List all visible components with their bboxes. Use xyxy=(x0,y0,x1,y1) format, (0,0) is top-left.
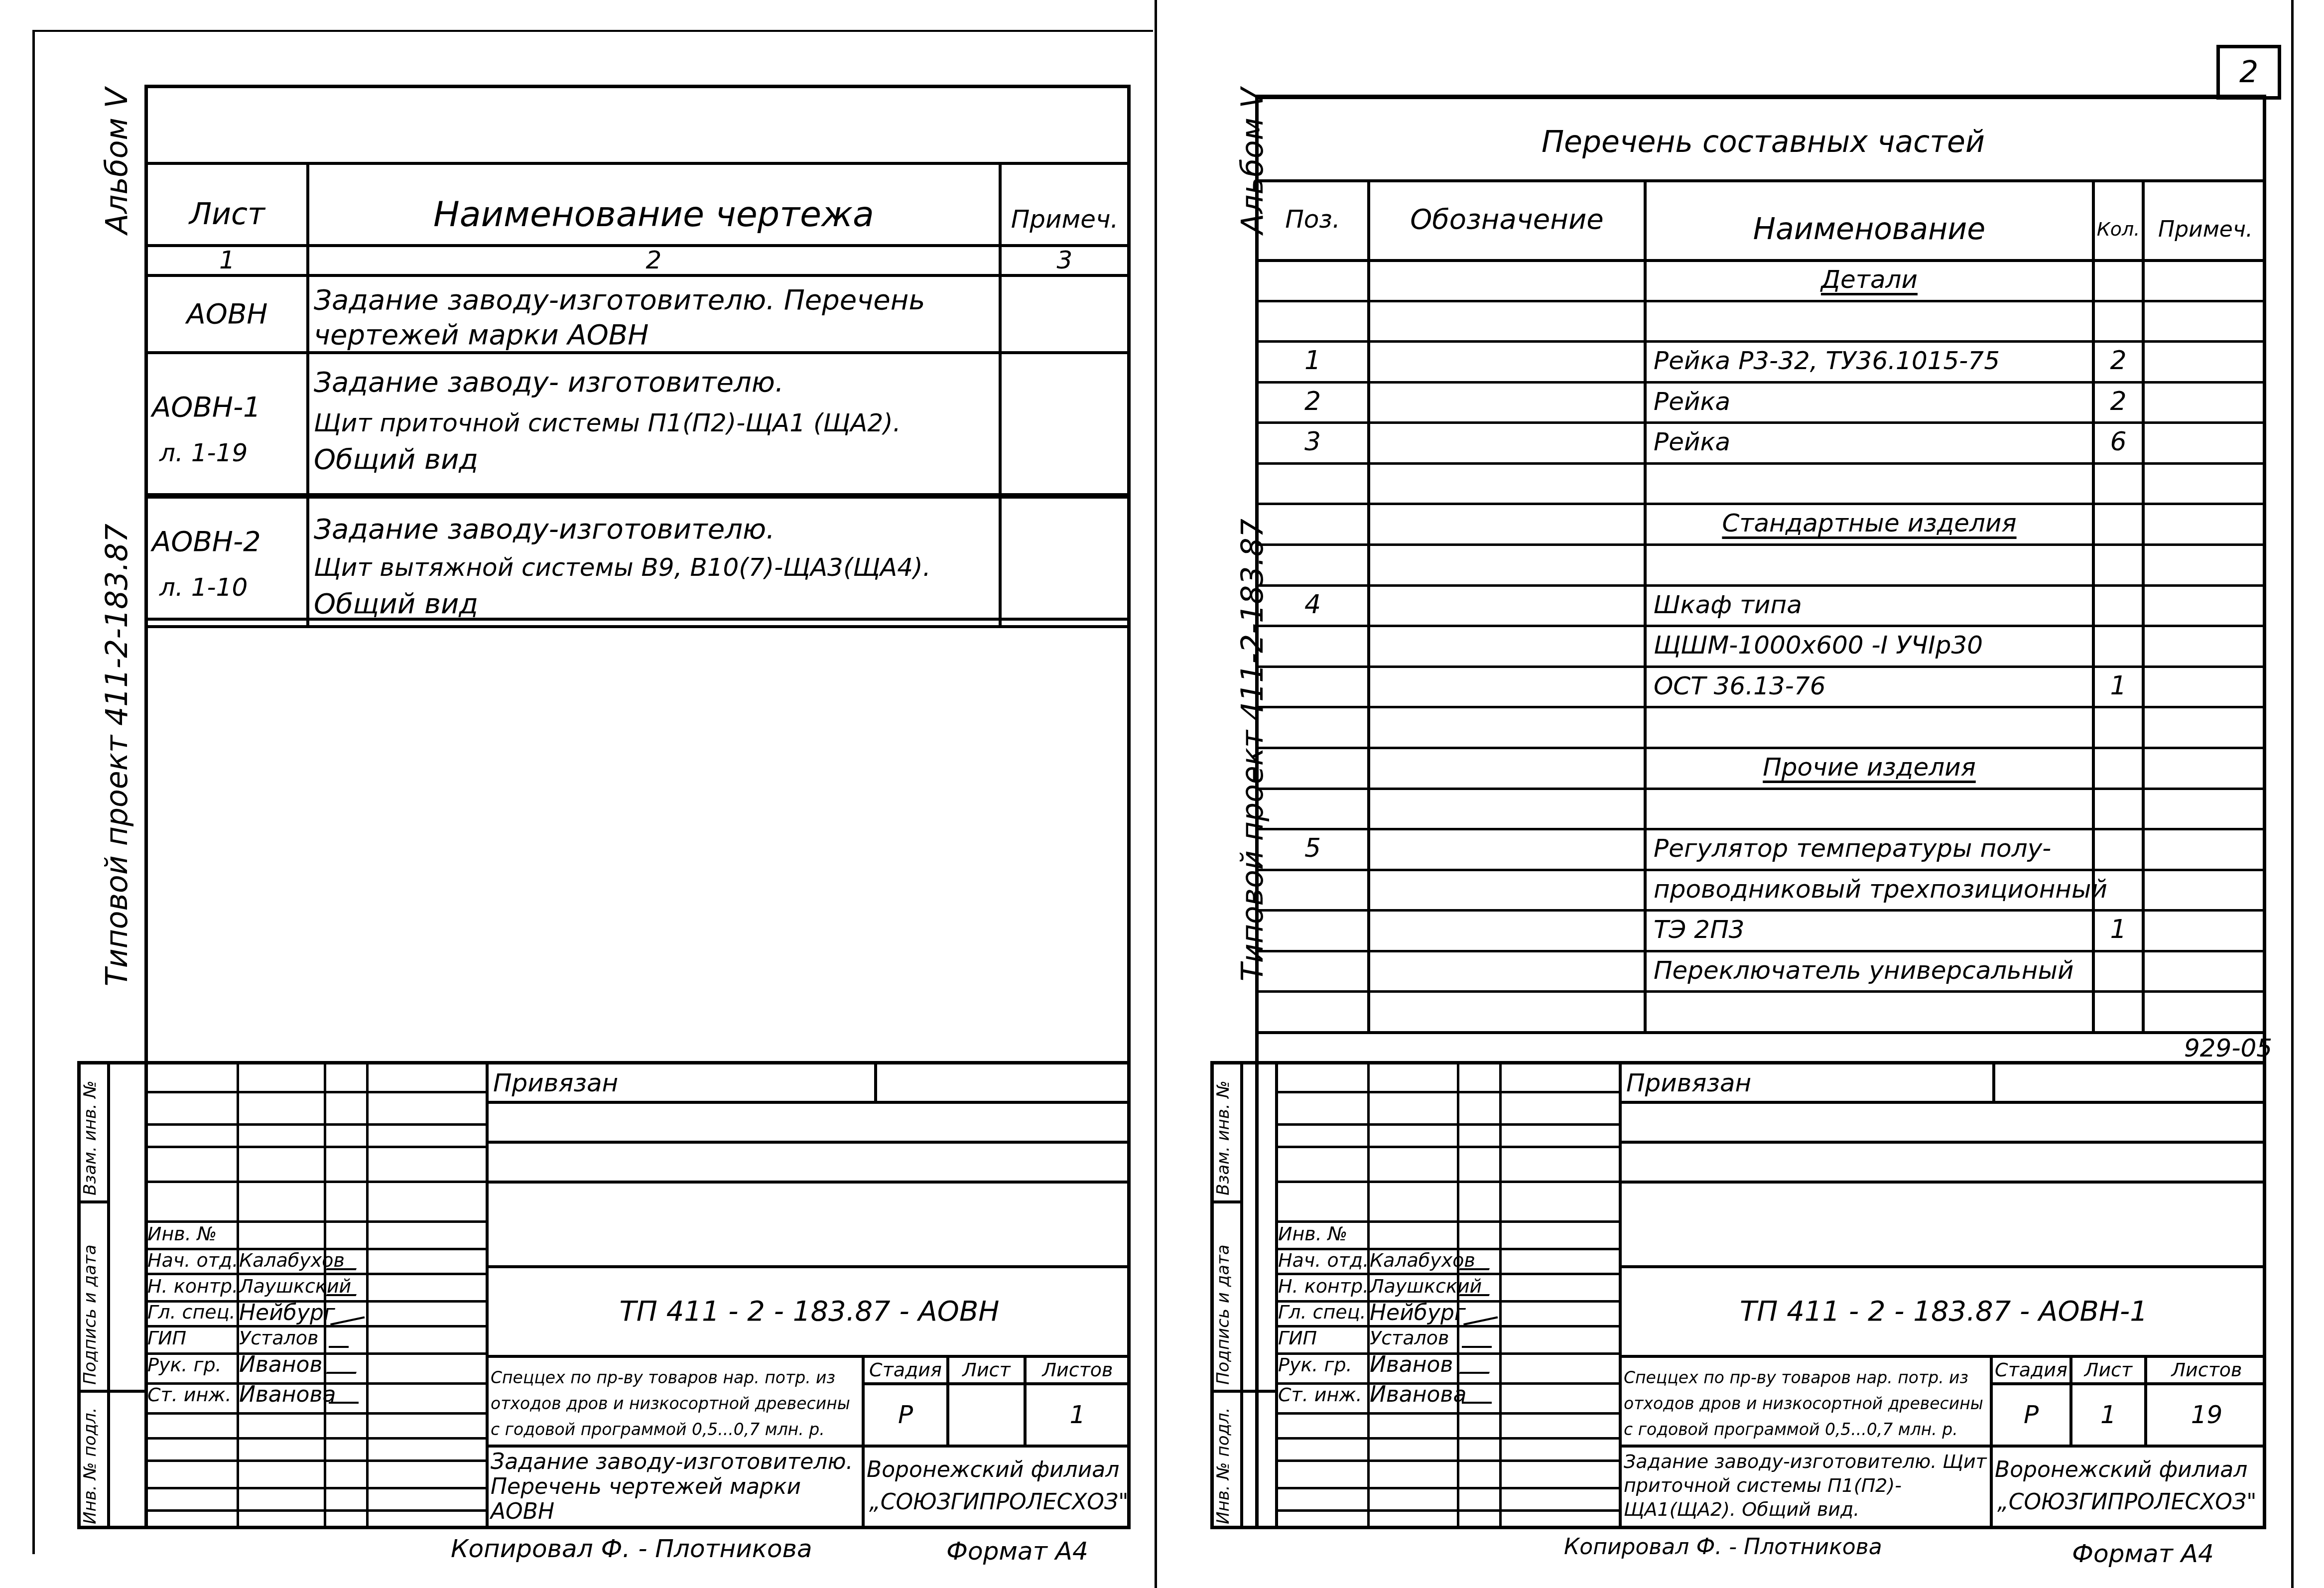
cell-pos: 1 xyxy=(1258,340,1367,381)
cell-name xyxy=(1647,462,2092,503)
cell-qty xyxy=(2095,747,2142,788)
cell-designation xyxy=(1370,909,1644,950)
cell-name xyxy=(1647,788,2092,828)
cell-qty: 1 xyxy=(2095,665,2142,706)
cell-designation xyxy=(1370,788,1644,828)
cell-name: Регулятор температуры полу- xyxy=(1647,828,2092,869)
cell-pos xyxy=(1258,706,1367,747)
cell-name: ЩШМ-1000х600 -I УЧIр30 xyxy=(1647,625,2092,665)
cell-designation xyxy=(1370,706,1644,747)
left-row-sheet-range: л. 1-10 xyxy=(159,573,248,602)
cell-designation xyxy=(1370,503,1644,543)
right-stamp-sheets-label: Листов xyxy=(2147,1357,2266,1382)
cell-qty xyxy=(2095,462,2142,503)
cell-pos: 4 xyxy=(1258,584,1367,625)
cell-name xyxy=(1647,990,2092,1031)
left-stamp-org-line2: „СОЮЗГИПРОЛЕСХОЗ" xyxy=(869,1489,1128,1515)
left-margin-project-label: Типовой проект 411-2-183.87 xyxy=(100,524,134,986)
left-row-sheet: АОВН-1 xyxy=(152,391,261,423)
signer-role: Н. контр. xyxy=(147,1275,238,1297)
left-stamp-drawing-title: Задание заводу-изготовителю. Перечень че… xyxy=(491,1450,859,1524)
left-stamp-side-label: Подпись и дата xyxy=(81,1244,99,1385)
right-stamp-sheet-value: 1 xyxy=(2072,1385,2144,1445)
cell-designation xyxy=(1370,869,1644,910)
cell-pos xyxy=(1258,543,1367,584)
cell-pos xyxy=(1258,909,1367,950)
left-stamp-side-label: Инв. № подл. xyxy=(81,1407,99,1524)
left-stamp-doc-code: ТП 411 - 2 - 183.87 - АОВН xyxy=(488,1268,1131,1355)
cell-name: Рейка Р3-32, ТУ36.1015-75 xyxy=(1647,340,2092,381)
signature-mark xyxy=(329,1389,359,1404)
cell-pos xyxy=(1258,747,1367,788)
cell-qty: 6 xyxy=(2095,421,2142,462)
cell-qty xyxy=(2095,543,2142,584)
left-row-name-line: Задание заводу-изготовителю. Перечень xyxy=(314,284,925,316)
cell-designation xyxy=(1370,421,1644,462)
cell-pos xyxy=(1258,869,1367,910)
cell-designation xyxy=(1370,584,1644,625)
cell-name: ТЭ 2П3 xyxy=(1647,909,2092,950)
cell-qty xyxy=(2095,950,2142,991)
signer-name: Иванов xyxy=(239,1352,322,1377)
left-stamp-sheet-value xyxy=(949,1385,1024,1445)
cell-pos: 2 xyxy=(1258,381,1367,422)
cell-name: Шкаф типа xyxy=(1647,584,2092,625)
cell-name: Рейка xyxy=(1647,381,2092,422)
left-row-name-line: Щит приточной системы П1(П2)-ЩА1 (ЩА2). xyxy=(314,408,901,437)
signature-mark xyxy=(1459,1359,1495,1374)
cell-designation xyxy=(1370,340,1644,381)
cell-pos xyxy=(1258,788,1367,828)
signer-role: ГИП xyxy=(147,1327,186,1349)
cell-pos xyxy=(1258,462,1367,503)
cell-pos xyxy=(1258,665,1367,706)
right-table-title: Перечень составных частей xyxy=(1260,115,2266,169)
right-stamp-org-line2: „СОЮЗГИПРОЛЕСХОЗ" xyxy=(1997,1489,2256,1515)
cell-designation xyxy=(1370,828,1644,869)
right-header-note: Примеч. xyxy=(2145,199,2266,259)
signer-role: Рук. гр. xyxy=(147,1354,222,1376)
cell-qty xyxy=(2095,625,2142,665)
left-stamp-sheets-label: Листов xyxy=(1027,1357,1129,1382)
signature-mark xyxy=(1459,1255,1495,1270)
cell-name: ОСТ 36.13-76 xyxy=(1647,665,2092,706)
cell-qty xyxy=(2095,300,2142,341)
right-header-qty: Кол. xyxy=(2095,199,2142,259)
page-right-edge xyxy=(2291,0,2294,1588)
cell-qty xyxy=(2095,706,2142,747)
right-stamp-sheet-label: Лист xyxy=(2072,1357,2144,1382)
cell-qty xyxy=(2095,503,2142,543)
left-header-sheet: Лист xyxy=(147,189,307,239)
page-left-edge xyxy=(32,30,35,1554)
signature-mark xyxy=(1462,1389,1492,1404)
signature-mark xyxy=(326,1255,362,1270)
cell-name: Переключатель универсальный xyxy=(1647,950,2092,991)
left-margin-album-label: Альбом V xyxy=(100,88,134,234)
right-header-designation: Обозначение xyxy=(1370,189,1644,249)
cell-pos xyxy=(1258,990,1367,1031)
left-row-sheet: АОВН xyxy=(147,279,307,349)
cell-name: проводниковый трехпозиционный xyxy=(1647,869,2092,910)
cell-qty: 2 xyxy=(2095,340,2142,381)
right-footer-format: Формат А4 xyxy=(2072,1539,2214,1568)
right-stamp-stage-value: Р xyxy=(1993,1385,2069,1445)
cell-pos xyxy=(1258,300,1367,341)
cell-pos xyxy=(1258,625,1367,665)
cell-name: Рейка xyxy=(1647,421,2092,462)
cell-qty xyxy=(2095,584,2142,625)
right-stamp-sheets-value: 19 xyxy=(2147,1385,2266,1445)
cell-pos: 3 xyxy=(1258,421,1367,462)
right-stamp-side-label: Взам. инв. № xyxy=(1214,1080,1232,1195)
left-row-name-line: Щит вытяжной системы В9, В10(7)-ЩА3(ЩА4)… xyxy=(314,553,931,582)
left-footer-copied-by: Копировал Ф. - Плотникова xyxy=(451,1534,812,1563)
cell-designation xyxy=(1370,543,1644,584)
left-stamp-inv-no-label: Инв. № xyxy=(147,1223,217,1245)
left-footer-format: Формат А4 xyxy=(946,1537,1088,1566)
left-stamp-sheet-label: Лист xyxy=(949,1357,1024,1382)
right-stamp-stage-label: Стадия xyxy=(1993,1357,2069,1382)
right-stamp-object-name: Спеццех по пр-ву товаров нар. потр. из о… xyxy=(1624,1365,1987,1443)
cell-designation xyxy=(1370,747,1644,788)
left-stamp-stage-label: Стадия xyxy=(865,1357,946,1382)
left-stamp-stage-value: Р xyxy=(865,1385,946,1445)
left-row-sheet-range: л. 1-19 xyxy=(159,438,248,467)
left-row-name-line: Задание заводу-изготовителю. xyxy=(314,513,775,545)
left-stamp-side-label: Взам. инв. № xyxy=(81,1080,99,1195)
right-stamp-org-line1: Воронежский филиал xyxy=(1995,1457,2247,1482)
right-stamp-side-label: Подпись и дата xyxy=(1214,1244,1232,1385)
cell-designation xyxy=(1370,950,1644,991)
signer-name: Усталов xyxy=(1370,1327,1449,1349)
left-stamp-sheets-value: 1 xyxy=(1027,1385,1129,1445)
left-stamp-org-line1: Воронежский филиал xyxy=(867,1457,1119,1482)
signer-role: ГИП xyxy=(1278,1327,1317,1349)
signer-role: Н. контр. xyxy=(1278,1275,1369,1297)
signer-name: Усталов xyxy=(239,1327,318,1349)
signature-mark xyxy=(329,1333,349,1348)
right-stamp-drawing-title: Задание заводу-изготовителю. Щит приточн… xyxy=(1624,1450,1987,1521)
right-stamp-side-label: Инв. № подл. xyxy=(1214,1407,1232,1524)
cell-name: Стандартные изделия xyxy=(1647,503,2092,543)
signer-name: Иванов xyxy=(1370,1352,1453,1377)
cell-pos: 5 xyxy=(1258,828,1367,869)
signature-mark xyxy=(326,1359,362,1374)
cell-name: Детали xyxy=(1647,259,2092,300)
page-top-edge xyxy=(32,30,1153,32)
cell-designation xyxy=(1370,381,1644,422)
signer-name: Иванова xyxy=(1370,1382,1466,1407)
signer-role: Нач. отд. xyxy=(1278,1249,1369,1271)
signer-role: Ст. инж. xyxy=(1278,1384,1362,1406)
signer-role: Нач. отд. xyxy=(147,1249,238,1271)
cell-designation xyxy=(1370,625,1644,665)
left-header-name: Наименование чертежа xyxy=(309,189,999,239)
cell-designation xyxy=(1370,665,1644,706)
signer-role: Рук. гр. xyxy=(1278,1354,1352,1376)
cell-pos xyxy=(1258,259,1367,300)
cell-designation xyxy=(1370,300,1644,341)
cell-qty xyxy=(2095,828,2142,869)
right-stamp-inv-no-label: Инв. № xyxy=(1278,1223,1347,1245)
signature-mark xyxy=(1462,1333,1492,1348)
signer-role: Гл. спец. xyxy=(147,1301,236,1323)
cell-qty xyxy=(2095,869,2142,910)
cell-name xyxy=(1647,300,2092,341)
cell-pos xyxy=(1258,503,1367,543)
left-row-sheet: АОВН-2 xyxy=(152,526,261,558)
cell-qty xyxy=(2095,990,2142,1031)
signature-mark xyxy=(326,1281,362,1296)
signer-role: Ст. инж. xyxy=(147,1384,232,1406)
cell-qty xyxy=(2095,259,2142,300)
signer-role: Гл. спец. xyxy=(1278,1301,1366,1323)
cell-name xyxy=(1647,706,2092,747)
left-row-name-line: Задание заводу- изготовителю. xyxy=(314,366,784,398)
cell-qty xyxy=(2095,788,2142,828)
cell-designation xyxy=(1370,259,1644,300)
left-header-note: Примеч. xyxy=(1001,194,1128,244)
cell-qty: 1 xyxy=(2095,909,2142,950)
cell-pos xyxy=(1258,950,1367,991)
signer-name: Иванова xyxy=(239,1382,336,1407)
left-row-name-line: Общий вид xyxy=(314,588,478,620)
left-stamp-object-name: Спеццех по пр-ву товаров нар. потр. из о… xyxy=(491,1365,859,1443)
signer-name: Нейбург xyxy=(1370,1300,1466,1325)
signer-name: Нейбург xyxy=(239,1300,335,1325)
archive-number: 929-05 xyxy=(2184,1034,2272,1062)
cell-designation xyxy=(1370,990,1644,1031)
right-header-name: Наименование xyxy=(1647,199,2092,259)
left-row-name-line: Общий вид xyxy=(314,443,478,476)
right-stamp-linked-label: Привязан xyxy=(1626,1068,1751,1097)
signature-mark xyxy=(1459,1281,1495,1296)
left-row-name-line: чертежей марки АОВН xyxy=(314,319,648,351)
cell-name: Прочие изделия xyxy=(1647,747,2092,788)
left-colnum-3: 3 xyxy=(1001,246,1128,274)
page-fold-line xyxy=(1155,0,1157,1588)
sheet-number: 2 xyxy=(2216,45,2281,100)
left-stamp-linked-label: Привязан xyxy=(493,1068,618,1097)
right-header-pos: Поз. xyxy=(1258,189,1367,249)
cell-name xyxy=(1647,543,2092,584)
right-footer-copied-by: Копировал Ф. - Плотникова xyxy=(1564,1534,1882,1560)
left-colnum-2: 2 xyxy=(309,246,999,274)
cell-designation xyxy=(1370,462,1644,503)
right-stamp-doc-code: ТП 411 - 2 - 183.87 - АОВН-1 xyxy=(1621,1268,2266,1355)
left-colnum-1: 1 xyxy=(147,246,307,274)
cell-qty: 2 xyxy=(2095,381,2142,422)
